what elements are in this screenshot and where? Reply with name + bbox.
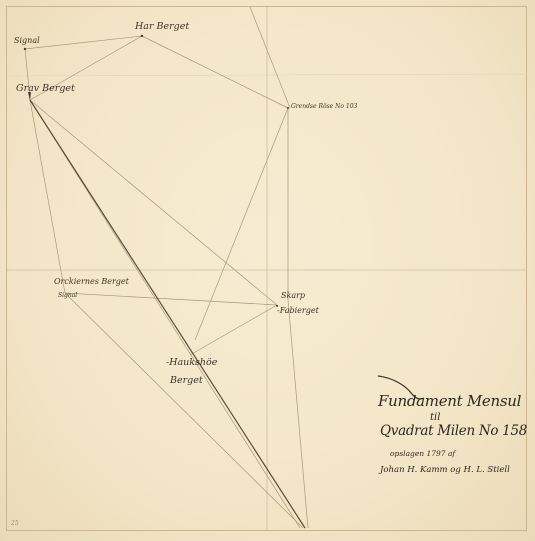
cartouche-sheet-number: Qvadrat Milen No 158: [380, 423, 527, 439]
station-label-har-berget: Har Berget: [135, 22, 189, 32]
station-label-skarp: Skarp: [281, 292, 305, 300]
station-label-signal: Signal: [14, 37, 40, 45]
station-label-haukshoe-berget: Berget: [170, 376, 203, 386]
cartouche-date: opslagen 1797 af: [390, 449, 455, 458]
cartouche-title: Fundament Mensul: [378, 392, 521, 410]
corner-mark: 25: [11, 520, 19, 527]
station-label-haukshoe: -Haukshöe: [166, 358, 217, 368]
station-label-fabierget: -Fabierget: [277, 307, 319, 315]
station-label-orckiernes-signal: Signal: [58, 293, 77, 299]
station-label-orckiernes-berget: Orckiernes Berget: [54, 278, 129, 286]
main-baseline: [30, 100, 305, 528]
station-label-grendse-rose: Grendse Röse No 103: [291, 104, 357, 110]
station-label-grav-berget: Grav Berget: [16, 84, 75, 94]
cartouche-til: til: [430, 412, 440, 423]
map-sheet: Signal Har Berget Grav Berget Grendse Rö…: [0, 0, 535, 541]
cartouche-authors: Johan H. Kamm og H. L. Stiell: [380, 465, 510, 475]
triangulation-network: [0, 0, 535, 541]
